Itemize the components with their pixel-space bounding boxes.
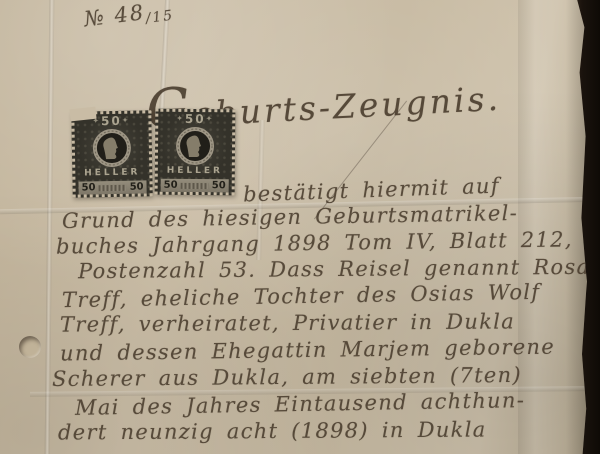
revenue-stamp: 50 HELLER 50 50 — [155, 109, 236, 196]
stamp-corner-value: 50 — [164, 180, 178, 191]
stamp-currency: HELLER — [167, 166, 223, 177]
stamp-corner-value: 50 — [130, 181, 144, 192]
document-photo: № 48/15 Geburts-Zeugnis. 50 HELLER 50 50… — [0, 0, 600, 454]
punch-hole — [19, 336, 41, 358]
stamp-corner-value: 50 — [81, 182, 95, 193]
emperor-portrait-icon — [92, 128, 133, 169]
stamp-band-pattern — [98, 184, 126, 190]
stamp-band-pattern — [181, 182, 209, 188]
handwritten-line: Mai des Jahres Eintausend achthun- — [75, 388, 525, 420]
stamp-value: 50 — [92, 114, 130, 129]
reference-number-main: № 48 — [83, 0, 147, 31]
handwritten-line: Treff, verheiratet, Privatier in Dukla — [60, 309, 515, 336]
stamp-currency: HELLER — [84, 168, 140, 180]
handwritten-line: Scherer aus Dukla, am siebten (7ten) — [52, 363, 522, 391]
stamp-bottom-band: 50 50 — [161, 179, 229, 193]
emperor-portrait-icon — [175, 126, 215, 166]
stamp-corner-value: 50 — [212, 180, 226, 191]
reference-number-sub: /15 — [145, 8, 175, 27]
handwritten-line: dert neunzig acht (1898) in Dukla — [58, 418, 487, 445]
handwritten-line: Treff, eheliche Tochter des Osias Wolf — [62, 280, 541, 312]
stamp-bottom-band: 50 50 — [78, 180, 146, 194]
paper-sheet: № 48/15 Geburts-Zeugnis. 50 HELLER 50 50… — [0, 0, 600, 454]
revenue-stamp: 50 HELLER 50 50 — [71, 110, 152, 197]
handwritten-line: und dessen Ehegattin Marjem geborene — [60, 335, 555, 366]
stamp-value: 50 — [176, 112, 214, 126]
reference-number: № 48/15 — [83, 0, 175, 34]
handwritten-line: Postenzahl 53. Dass Reisel genannt Rosa — [78, 255, 591, 283]
handwritten-line: buches Jahrgang 1898 Tom IV, Blatt 212, — [56, 227, 573, 258]
